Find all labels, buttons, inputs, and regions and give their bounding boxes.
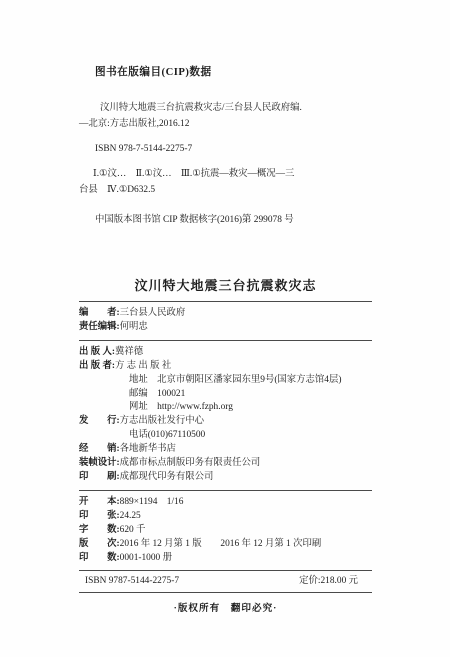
book-title: 汶川特大地震三台抗震救灾志 [79,275,372,302]
row-text: 邮编 100021 [129,388,185,402]
colophon-row: 开 本:889×1194 1/16 [79,496,372,510]
cip-classification-line2: 台县 Ⅳ.①D632.5 [79,183,372,199]
row-label: 责任编辑: [79,321,120,335]
row-value: 三台县人民政府 [120,307,186,321]
isbn-price-row: ISBN 9787-5144-2275-7 定价:218.00 元 [79,571,372,593]
row-label: 编 者: [79,307,120,321]
row-value: 冀祥德 [115,346,143,360]
cip-classification: Ⅰ.①汶… Ⅱ.①汶… Ⅲ.①抗震—救灾—概况—三 台县 Ⅳ.①D632.5 [79,167,372,198]
cip-entry-line2: —北京:方志出版社,2016.12 [79,117,372,133]
row-text: 网址 http://www.fzph.org [129,401,233,415]
row-value: 24.25 [120,510,141,524]
colophon-row: 印 刷:成都现代印务有限公司 [79,471,372,485]
row-value: 方志出版社发行中心 [120,415,204,429]
row-label: 出 版 者: [79,360,115,374]
cip-heading: 图书在版编目(CIP)数据 [79,64,372,79]
colophon-row: 经 销:各地新华书店 [79,443,372,457]
row-value: 各地新华书店 [120,443,176,457]
colophon-row: 印 数:0001-1000 册 [79,552,372,566]
row-label: 字 数: [79,524,120,538]
colophon-row: 出 版 者:方 志 出 版 社 [79,360,372,374]
row-value: 成都现代印务有限公司 [120,471,214,485]
colophon-row: 版 次:2016 年 12 月第 1 版 2016 年 12 月第 1 次印刷 [79,538,372,552]
row-text: 地址 北京市朝阳区潘家园东里9号(国家方志馆4层) [129,374,342,388]
price: 定价:218.00 元 [299,575,358,588]
colophon-row: 字 数:620 千 [79,524,372,538]
colophon-row: 发 行:方志出版社发行中心 [79,415,372,429]
row-value: 成都市标点制版印务有限责任公司 [120,457,261,471]
page-content: 图书在版编目(CIP)数据 汶川特大地震三台抗震救灾志/三台县人民政府编. —北… [79,64,372,614]
colophon-row: 印 张:24.25 [79,510,372,524]
colophon-row: 出 版 人:冀祥德 [79,346,372,360]
row-label: 经 销: [79,443,120,457]
colophon-section-publisher: 出 版 人:冀祥德 出 版 者:方 志 出 版 社 地址 北京市朝阳区潘家园东里… [79,341,372,491]
isbn-footer: ISBN 9787-5144-2275-7 [85,575,179,588]
row-label: 发 行: [79,415,120,429]
colophon-subrow-postcode: 邮编 100021 [79,388,372,402]
row-value: 方 志 出 版 社 [115,360,171,374]
colophon-row: 责任编辑:何明忠 [79,321,372,335]
colophon-section-editors: 编 者:三台县人民政府 责任编辑:何明忠 [79,302,372,341]
row-value: 2016 年 12 月第 1 版 2016 年 12 月第 1 次印刷 [120,538,322,552]
row-label: 版 次: [79,538,120,552]
row-label: 出 版 人: [79,346,115,360]
row-value: 0001-1000 册 [120,552,172,566]
colophon-subrow-address: 地址 北京市朝阳区潘家园东里9号(国家方志馆4层) [79,374,372,388]
colophon-section-printing: 开 本:889×1194 1/16 印 张:24.25 字 数:620 千 版 … [79,491,372,572]
cip-record-number: 中国版本图书馆 CIP 数据核字(2016)第 299078 号 [79,211,372,225]
row-label: 装帧设计: [79,457,120,471]
row-text: 电话(010)67110500 [129,429,205,443]
row-label: 开 本: [79,496,120,510]
cip-isbn: ISBN 978-7-5144-2275-7 [79,144,372,154]
cip-classification-line1: Ⅰ.①汶… Ⅱ.①汶… Ⅲ.①抗震—救灾—概况—三 [79,167,372,183]
cip-entry: 汶川特大地震三台抗震救灾志/三台县人民政府编. —北京:方志出版社,2016.1… [79,101,372,132]
colophon-row: 装帧设计:成都市标点制版印务有限责任公司 [79,457,372,471]
row-label: 印 刷: [79,471,120,485]
row-value: 889×1194 1/16 [120,496,184,510]
book-copyright-page: 图书在版编目(CIP)数据 汶川特大地震三台抗震救灾志/三台县人民政府编. —北… [0,0,450,657]
row-label: 印 数: [79,552,120,566]
row-value: 何明忠 [120,321,148,335]
copyright-notice: ·版权所有 翻印必究· [79,600,372,614]
cip-entry-line1: 汶川特大地震三台抗震救灾志/三台县人民政府编. [79,101,372,117]
row-label: 印 张: [79,510,120,524]
colophon-row: 编 者:三台县人民政府 [79,307,372,321]
row-value: 620 千 [120,524,146,538]
colophon-subrow-website: 网址 http://www.fzph.org [79,401,372,415]
colophon-subrow-phone: 电话(010)67110500 [79,429,372,443]
